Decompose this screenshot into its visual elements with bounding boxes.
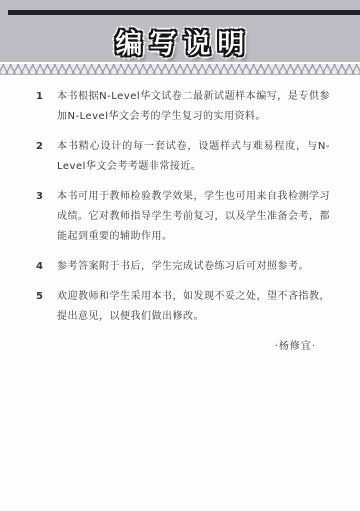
note-text: 参考答案附于书后，学生完成试卷练习后可对照参考。 — [57, 257, 330, 277]
title-banner: 编写说明 — [0, 0, 360, 62]
note-number: 1 — [36, 87, 57, 127]
note-text: 本书根据N-Level华文试卷二最新试题样本编写，是专供参加N-Level华文会… — [57, 87, 330, 127]
note-item: 2 本书精心设计的每一套试卷，设题样式与难易程度，与N-Level华文会考考题非… — [36, 137, 330, 177]
note-item: 3 本书可用于教师检验教学效果，学生也可用来自我检测学习成绩。它对教师指导学生考… — [36, 187, 330, 247]
notes-list: 1 本书根据N-Level华文试卷二最新试题样本编写，是专供参加N-Level华… — [0, 75, 360, 352]
note-number: 2 — [36, 137, 57, 177]
note-number: 3 — [36, 187, 57, 247]
note-item: 5 欢迎教师和学生采用本书，如发现不妥之处，望不吝指教，提出意见，以便我们做出修… — [36, 287, 330, 327]
author-signature: ·杨修宜· — [36, 337, 330, 352]
top-rule — [8, 10, 360, 15]
note-text: 本书可用于教师检验教学效果，学生也可用来自我检测学习成绩。它对教师指导学生考前复… — [57, 187, 330, 247]
diamond-border — [0, 62, 360, 75]
note-item: 4 参考答案附于书后，学生完成试卷练习后可对照参考。 — [36, 257, 330, 277]
note-text: 本书精心设计的每一套试卷，设题样式与难易程度，与N-Level华文会考考题非常接… — [57, 137, 330, 177]
note-item: 1 本书根据N-Level华文试卷二最新试题样本编写，是专供参加N-Level华… — [36, 87, 330, 127]
note-number: 5 — [36, 287, 57, 327]
note-text: 欢迎教师和学生采用本书，如发现不妥之处，望不吝指教，提出意见，以便我们做出修改。 — [57, 287, 330, 327]
book-page: 编写说明 1 本书根据N-Level华文试卷二最新试题样本编写，是专供参加N-L… — [0, 0, 360, 511]
note-number: 4 — [36, 257, 57, 277]
page-title: 编写说明 — [0, 22, 360, 61]
